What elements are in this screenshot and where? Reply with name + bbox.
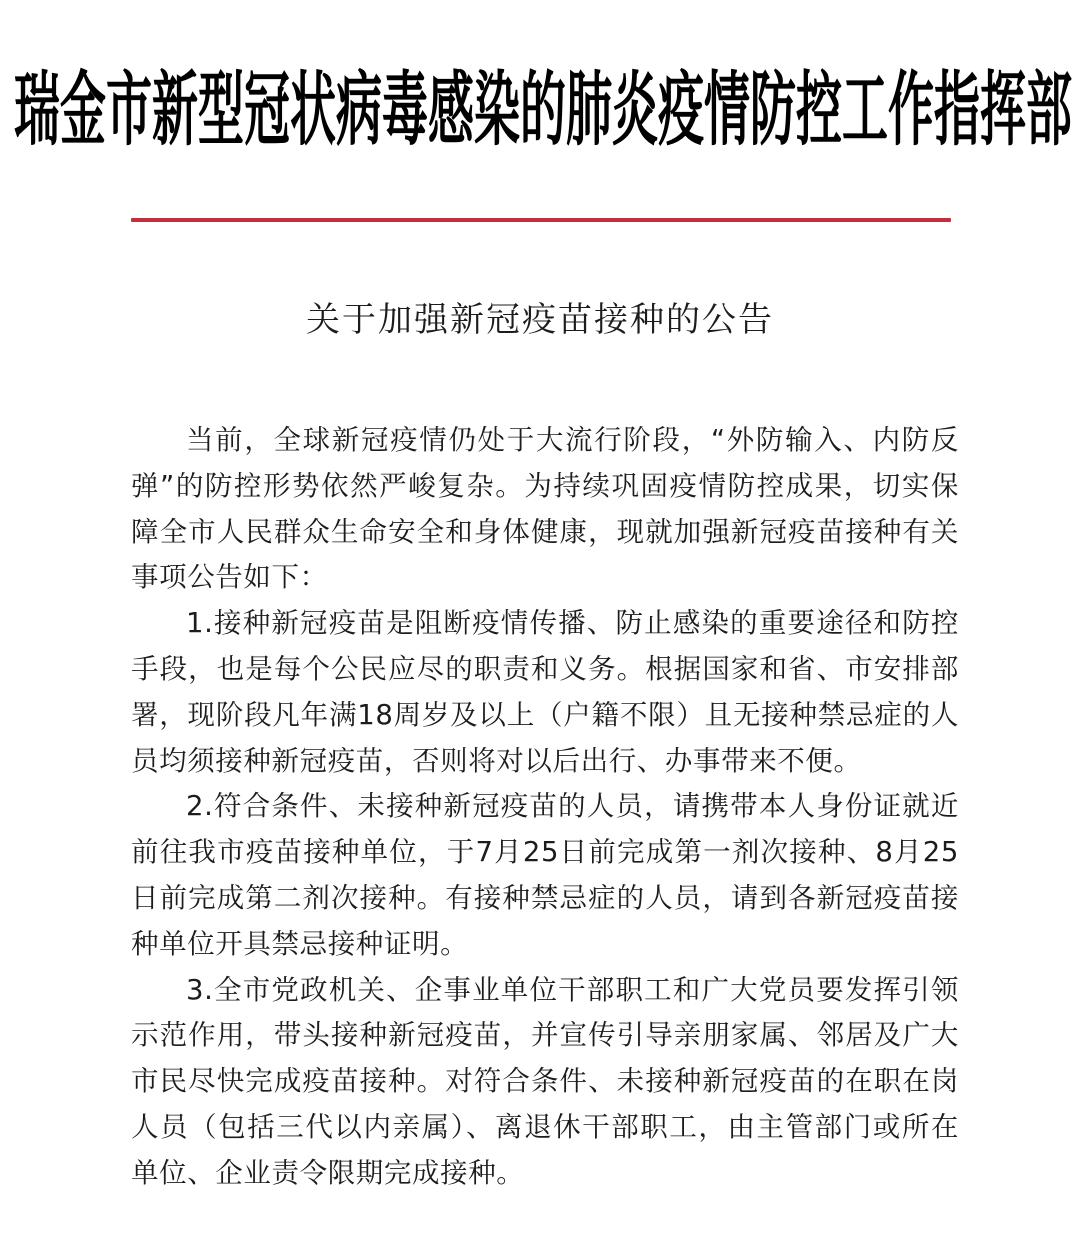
- item-2-paragraph: 2.符合条件、未接种新冠疫苗的人员，请携带本人身份证就近前往我市疫苗接种单位，于…: [131, 784, 959, 967]
- issuer-header: 瑞金市新型冠状病毒感染的肺炎疫情防控工作指挥部: [128, 13, 958, 195]
- item-1-paragraph: 1.接种新冠疫苗是阻断疫情传播、防止感染的重要途径和防控手段，也是每个公民应尽的…: [131, 601, 959, 784]
- document-title: 关于加强新冠疫苗接种的公告: [0, 292, 1080, 341]
- intro-paragraph: 当前，全球新冠疫情仍处于大流行阶段，“外防输入、内防反弹”的防控形势依然严峻复杂…: [131, 418, 959, 601]
- document-body: 当前，全球新冠疫情仍处于大流行阶段，“外防输入、内防反弹”的防控形势依然严峻复杂…: [131, 418, 959, 1197]
- item-3-paragraph: 3.全市党政机关、企事业单位干部职工和广大党员要发挥引领示范作用，带头接种新冠疫…: [131, 968, 959, 1197]
- red-divider-rule: [131, 218, 951, 222]
